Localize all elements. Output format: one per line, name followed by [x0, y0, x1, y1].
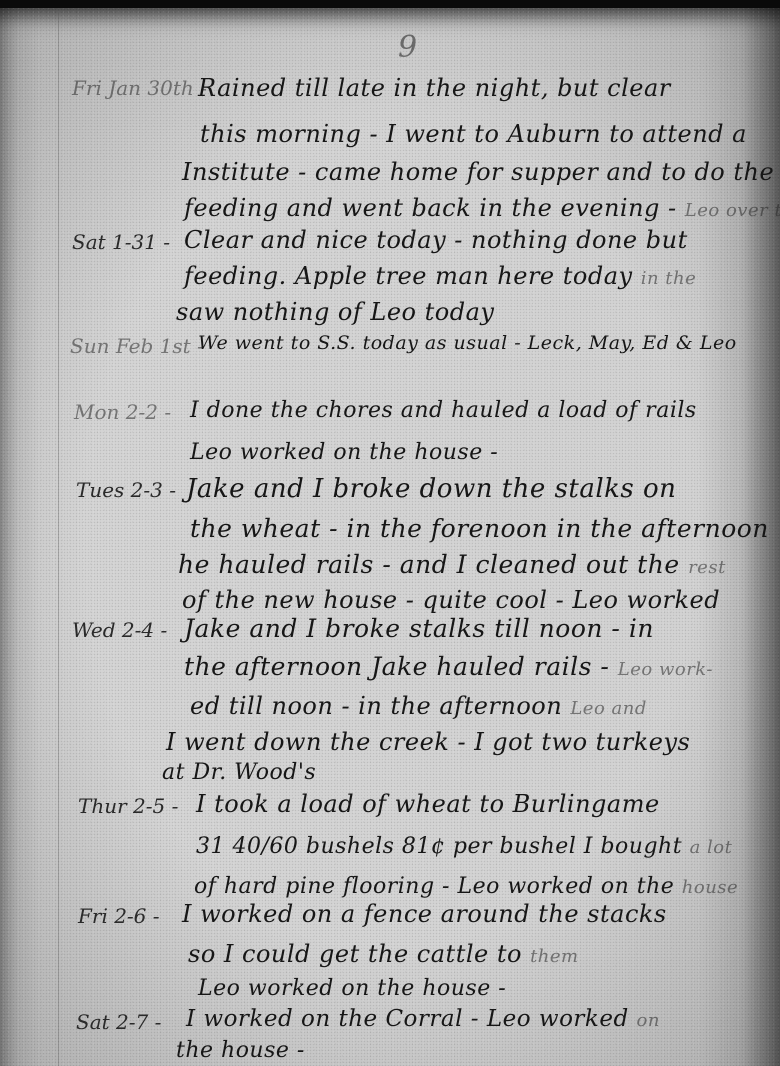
entry-line: of hard pine flooring - Leo worked on th…	[194, 874, 738, 899]
entry-line: the wheat - in the forenoon in the after…	[190, 514, 769, 543]
entry-line: I done the chores and hauled a load of r…	[190, 398, 697, 423]
entry-date: Thur 2-5 -	[78, 794, 178, 818]
entry-line: Rained till late in the night, but clear	[198, 74, 671, 102]
diary-page: 9 Fri Jan 30th - Rained till late in the…	[0, 8, 780, 1066]
entry-line: Clear and nice today - nothing done but	[184, 226, 688, 254]
entry-line: so I could get the cattle to them	[188, 940, 579, 968]
page-number: 9	[398, 30, 417, 65]
entry-line: ed till noon - in the afternoon Leo and	[190, 692, 647, 720]
entry-line: he hauled rails - and I cleaned out the …	[178, 550, 726, 579]
entry-line: Leo worked on the house -	[198, 976, 506, 1001]
margin-rule	[58, 8, 59, 1066]
entry-line: of the new house - quite cool - Leo work…	[182, 586, 720, 614]
entry-line: feeding and went back in the evening - L…	[184, 194, 780, 222]
entry-date: Fri Jan 30th -	[72, 76, 207, 100]
entry-line: Jake and I broke stalks till noon - in	[184, 614, 654, 643]
entry-date: Tues 2-3 -	[76, 478, 176, 502]
entry-line: I worked on a fence around the stacks	[182, 900, 667, 928]
entry-line: at Dr. Wood's	[162, 760, 316, 785]
entry-date: Fri 2-6 -	[78, 904, 160, 928]
entry-line: 31 40/60 bushels 81¢ per bushel I bought…	[196, 834, 732, 859]
entry-date: Sat 1-31 -	[72, 230, 170, 254]
entry-line: feeding. Apple tree man here today in th…	[184, 262, 696, 290]
entry-line: Leo worked on the house -	[190, 440, 498, 465]
entry-line: the house -	[176, 1038, 305, 1063]
entry-date: Sun Feb 1st -	[70, 334, 204, 358]
entry-line: the afternoon Jake hauled rails - Leo wo…	[184, 652, 713, 681]
entry-date: Sat 2-7 -	[76, 1010, 161, 1034]
entry-date: Wed 2-4 -	[72, 618, 167, 642]
entry-line: Jake and I broke down the stalks on	[186, 474, 676, 504]
entry-line: I worked on the Corral - Leo worked on	[186, 1006, 660, 1032]
entry-line: We went to S.S. today as usual - Leck, M…	[198, 332, 737, 354]
entry-line: saw nothing of Leo today	[176, 298, 494, 326]
entry-line: Institute - came home for supper and to …	[182, 158, 774, 186]
entry-date: Mon 2-2 -	[74, 400, 171, 424]
entry-line: this morning - I went to Auburn to atten…	[200, 120, 747, 148]
entry-line: I went down the creek - I got two turkey…	[166, 728, 690, 756]
entry-line: I took a load of wheat to Burlingame	[196, 790, 660, 818]
